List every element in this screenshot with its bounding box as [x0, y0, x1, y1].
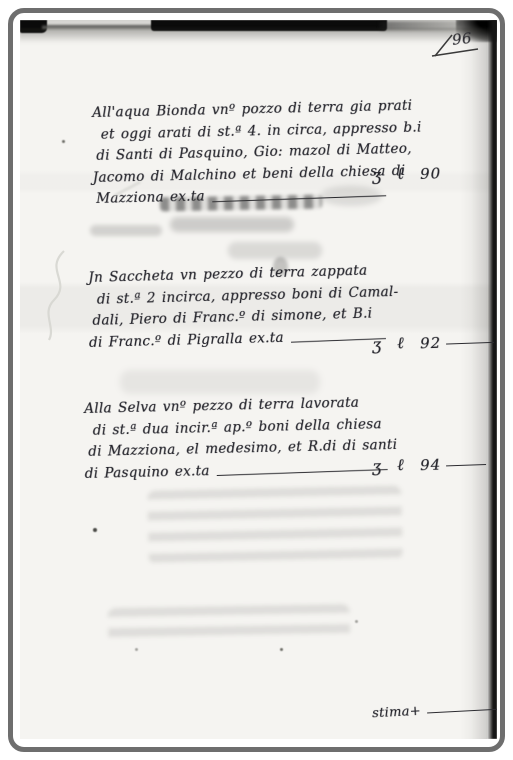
page-edge-dark-band	[487, 20, 497, 739]
ledger-entry-1: All'aqua Bionda vnº pozzo di terra gia p…	[92, 96, 386, 210]
paper-speck	[62, 140, 65, 143]
fill-rule-line	[217, 469, 388, 476]
entry-line-text: Mazziona ex.ta	[96, 186, 205, 210]
currency-mark: ℓ	[397, 332, 421, 353]
unit-mark: ʒ	[372, 334, 398, 354]
bleedthrough-ghost-text	[108, 604, 351, 644]
ledger-entry-3: Alla Selva vnº pezzo di terra lavorata d…	[84, 392, 388, 485]
amount-value: 94	[420, 456, 442, 475]
manuscript-page: 96 All'aqua Bionda vnº pozzo di terra gi…	[20, 20, 497, 739]
unit-mark: ʒ	[372, 165, 398, 185]
paper-speck	[355, 620, 358, 623]
bleedthrough-ghost-text	[147, 485, 402, 564]
footer-note-text: stima	[372, 704, 410, 721]
bleedthrough-smudge	[120, 370, 320, 394]
paper-speck	[280, 648, 283, 651]
currency-mark: ℓ	[397, 454, 421, 475]
entry-2-amount: ʒ ℓ 92	[372, 330, 495, 354]
entry-line-text: di Franc.º di Pigralla ex.ta	[89, 327, 284, 354]
ledger-entry-2: Jn Saccheta vn pezzo di terra zappata di…	[88, 260, 386, 354]
bleedthrough-smudge	[170, 217, 294, 232]
page-edge-shading	[471, 20, 487, 739]
entry-3-amount: ʒ ℓ 94	[372, 452, 487, 476]
folio-number-text: 96	[451, 29, 472, 49]
fill-rule-line	[212, 195, 386, 202]
folio-number: 96	[426, 28, 484, 60]
faint-pen-squiggle	[34, 248, 78, 344]
bleedthrough-smudge	[90, 225, 162, 236]
paper-speck	[93, 528, 97, 532]
paper-speck	[135, 648, 138, 651]
amount-value: 90	[420, 164, 442, 183]
amount-value: 92	[420, 334, 442, 353]
currency-mark: ℓ	[397, 163, 421, 184]
entry-1-amount: ʒ ℓ 90	[372, 161, 473, 184]
unit-mark: ʒ	[372, 456, 398, 476]
image-frame: 96 All'aqua Bionda vnº pozzo di terra gi…	[8, 8, 505, 752]
entry-line-text: di Pasquino ex.ta	[84, 461, 209, 485]
footer-rule-line	[427, 709, 497, 714]
amount-rule-line	[446, 342, 494, 345]
bleedthrough-smudge	[228, 242, 322, 259]
amount-rule-line	[446, 464, 486, 466]
footer-note-suffix: +	[409, 704, 421, 720]
